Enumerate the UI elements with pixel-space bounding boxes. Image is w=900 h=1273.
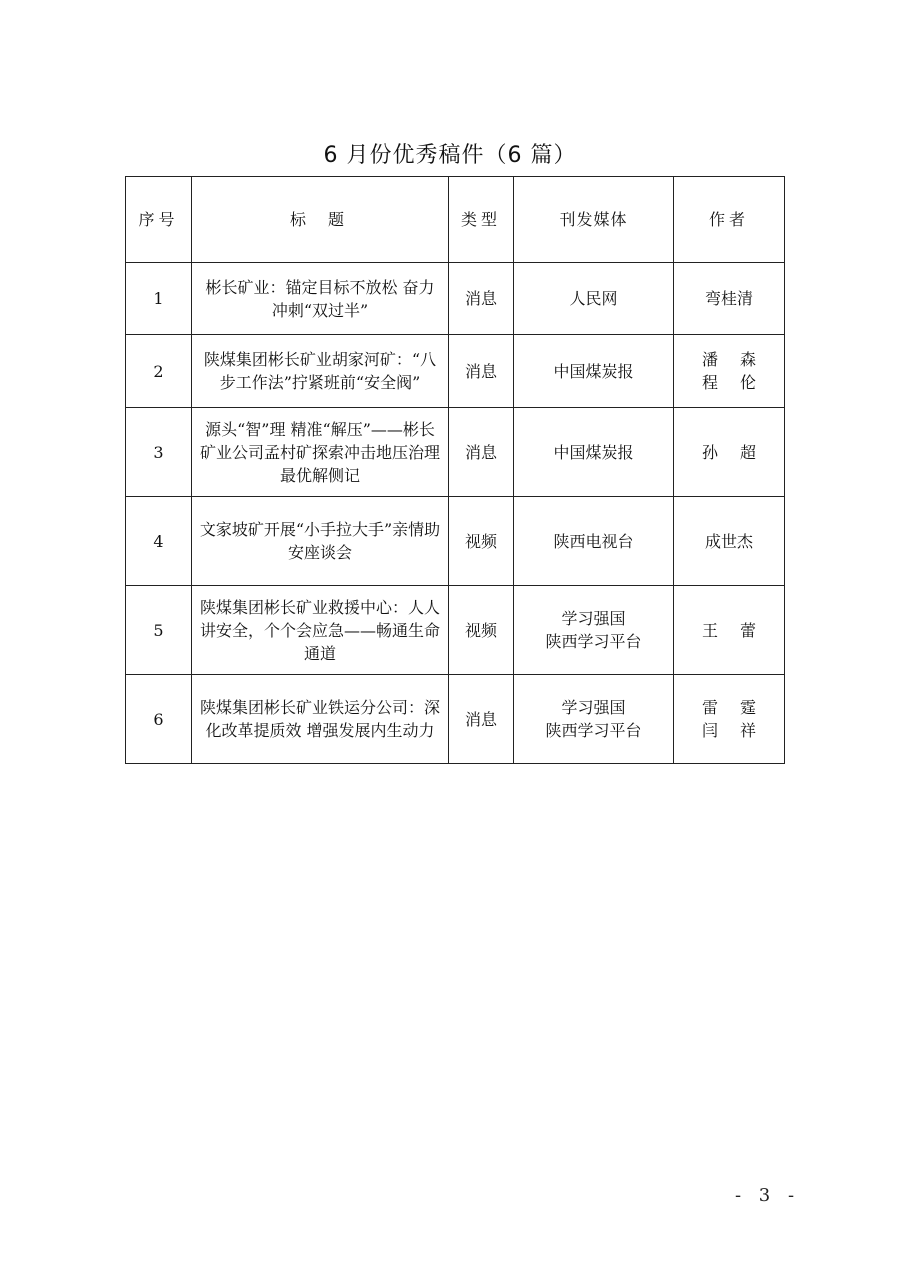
- cell-no: 4: [126, 497, 192, 586]
- cell-no: 1: [126, 263, 192, 335]
- media-name: 中国煤炭报: [520, 441, 667, 464]
- cell-title: 陕煤集团彬长矿业救援中心：人人讲安全，个个会应急——畅通生命通道: [192, 586, 449, 675]
- table-row: 3 源头“智”理 精准“解压”——彬长矿业公司孟村矿探索冲击地压治理最优解侧记 …: [126, 408, 785, 497]
- table-row: 5 陕煤集团彬长矿业救援中心：人人讲安全，个个会应急——畅通生命通道 视频 学习…: [126, 586, 785, 675]
- cell-no: 2: [126, 335, 192, 408]
- cell-media: 中国煤炭报: [514, 335, 674, 408]
- cell-title: 彬长矿业：锚定目标不放松 奋力冲刺“双过半”: [192, 263, 449, 335]
- header-no: 序号: [126, 177, 192, 263]
- author-name: 弯桂清: [705, 289, 753, 308]
- header-type: 类型: [449, 177, 514, 263]
- table-row: 2 陕煤集团彬长矿业胡家河矿：“八步工作法”拧紧班前“安全阀” 消息 中国煤炭报…: [126, 335, 785, 408]
- cell-media: 陕西电视台: [514, 497, 674, 586]
- cell-title: 源头“智”理 精准“解压”——彬长矿业公司孟村矿探索冲击地压治理最优解侧记: [192, 408, 449, 497]
- cell-no: 6: [126, 675, 192, 764]
- cell-media: 中国煤炭报: [514, 408, 674, 497]
- document-title: 6 月份优秀稿件（6 篇）: [0, 138, 900, 169]
- author-name: 雷霆: [680, 696, 778, 719]
- cell-no: 3: [126, 408, 192, 497]
- cell-author: 雷霆 闫祥: [674, 675, 785, 764]
- author-name: 程伦: [680, 371, 778, 394]
- author-name: 王蕾: [680, 621, 778, 640]
- excellent-articles-table: 序号 标题 类型 刊发媒体 作者 1 彬长矿业：锚定目标不放松 奋力冲刺“双过半…: [125, 176, 785, 764]
- header-media: 刊发媒体: [514, 177, 674, 263]
- cell-no: 5: [126, 586, 192, 675]
- cell-media: 学习强国 陕西学习平台: [514, 586, 674, 675]
- author-name: 闫祥: [680, 719, 778, 742]
- media-name: 学习强国: [520, 696, 667, 719]
- media-name: 人民网: [520, 287, 667, 310]
- media-name: 陕西学习平台: [520, 719, 667, 742]
- cell-media: 学习强国 陕西学习平台: [514, 675, 674, 764]
- table-row: 4 文家坡矿开展“小手拉大手”亲情助安座谈会 视频 陕西电视台 成世杰: [126, 497, 785, 586]
- author-name: 孙超: [680, 443, 778, 462]
- cell-type: 视频: [449, 497, 514, 586]
- media-name: 陕西电视台: [520, 530, 667, 553]
- cell-author: 潘森 程伦: [674, 335, 785, 408]
- cell-author: 王蕾: [674, 586, 785, 675]
- table-row: 6 陕煤集团彬长矿业铁运分公司：深化改革提质效 增强发展内生动力 消息 学习强国…: [126, 675, 785, 764]
- cell-title: 陕煤集团彬长矿业铁运分公司：深化改革提质效 增强发展内生动力: [192, 675, 449, 764]
- table-row: 1 彬长矿业：锚定目标不放松 奋力冲刺“双过半” 消息 人民网 弯桂清: [126, 263, 785, 335]
- header-author: 作者: [674, 177, 785, 263]
- cell-title: 文家坡矿开展“小手拉大手”亲情助安座谈会: [192, 497, 449, 586]
- cell-type: 消息: [449, 263, 514, 335]
- cell-type: 消息: [449, 335, 514, 408]
- cell-author: 孙超: [674, 408, 785, 497]
- header-title: 标题: [192, 177, 449, 263]
- cell-type: 视频: [449, 586, 514, 675]
- author-name: 潘森: [680, 348, 778, 371]
- author-name: 成世杰: [705, 532, 753, 551]
- cell-type: 消息: [449, 675, 514, 764]
- media-name: 陕西学习平台: [520, 630, 667, 653]
- cell-author: 成世杰: [674, 497, 785, 586]
- media-name: 中国煤炭报: [520, 360, 667, 383]
- table-header-row: 序号 标题 类型 刊发媒体 作者: [126, 177, 785, 263]
- cell-type: 消息: [449, 408, 514, 497]
- cell-media: 人民网: [514, 263, 674, 335]
- cell-author: 弯桂清: [674, 263, 785, 335]
- media-name: 学习强国: [520, 607, 667, 630]
- page-number: - 3 -: [735, 1185, 800, 1206]
- cell-title: 陕煤集团彬长矿业胡家河矿：“八步工作法”拧紧班前“安全阀”: [192, 335, 449, 408]
